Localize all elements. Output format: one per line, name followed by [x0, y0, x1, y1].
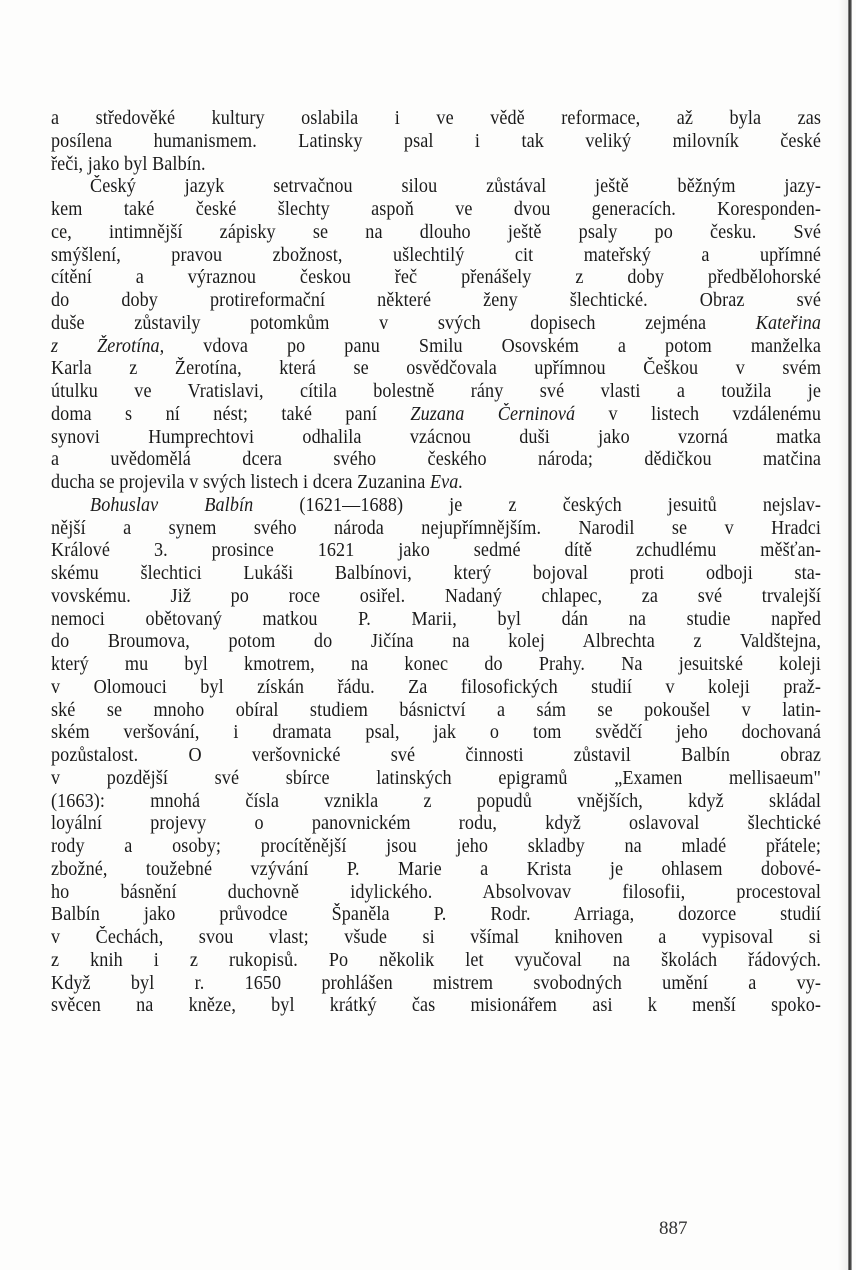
body-text: a středověké kultury oslabila i ve vědě … — [51, 108, 821, 1018]
text-line: ce, intimnější zápisky se na dlouho ješt… — [51, 222, 821, 245]
text-segment: Když byl r. 1650 prohlášen mistrem svobo… — [51, 973, 821, 994]
text-segment: v pozdější své sbírce latinských epigram… — [51, 768, 821, 789]
text-line: cítění a výraznou českou řeč přenášely z… — [51, 267, 821, 290]
italic-name: Bohuslav Balbín — [90, 495, 253, 516]
text-line: pozůstalost. O veršovnické své činnosti … — [51, 745, 821, 768]
scanned-book-page: a středověké kultury oslabila i ve vědě … — [0, 0, 856, 1270]
text-segment: ho básnění duchovně idylického. Absolvov… — [51, 882, 821, 903]
text-line: Balbín jako průvodce Španěla P. Rodr. Ar… — [51, 904, 821, 927]
text-segment: cítění a výraznou českou řeč přenášely z… — [51, 267, 821, 288]
text-segment: rody a osoby; procítěnější jsou jeho skl… — [51, 836, 821, 857]
text-line: Karla z Žerotína, která se osvědčovala u… — [51, 358, 821, 381]
text-segment: ském veršování, i dramata psal, jak o to… — [51, 722, 821, 743]
text-segment: řeči, jako byl Balbín. — [51, 154, 206, 175]
text-segment: ské se mnoho obíral studiem básnictví a … — [51, 700, 821, 721]
text-segment: svěcen na kněze, byl krátký čas misionář… — [51, 995, 821, 1016]
text-segment: nemoci obětovaný matkou P. Marii, byl dá… — [51, 609, 821, 630]
text-segment: nější a synem svého národa nejupřímnější… — [51, 518, 821, 539]
text-segment: útulku ve Vratislavi, cítila bolestně rá… — [51, 381, 821, 402]
text-line: synovi Humprechtovi odhalila vzácnou duš… — [51, 427, 821, 450]
text-segment: synovi Humprechtovi odhalila vzácnou duš… — [51, 427, 821, 448]
text-segment: v listech vzdálenému — [575, 404, 821, 425]
text-line: Když byl r. 1650 prohlášen mistrem svobo… — [51, 973, 821, 996]
italic-name: Kateřina — [756, 313, 821, 334]
binding-shadow — [838, 0, 848, 1270]
text-segment: z knih i z rukopisů. Po několik let vyuč… — [51, 950, 821, 971]
text-line: do doby protireformační některé ženy šle… — [51, 290, 821, 313]
text-segment: smýšlení, pravou zbožnost, ušlechtilý ci… — [51, 245, 821, 266]
text-segment: ducha se projevila v svých listech i dce… — [51, 472, 430, 493]
text-segment: Český jazyk setrvačnou silou zůstával je… — [90, 176, 821, 197]
text-line: útulku ve Vratislavi, cítila bolestně rá… — [51, 381, 821, 404]
page-number: 887 — [659, 1218, 688, 1240]
text-segment: Králové 3. prosince 1621 jako sedmé dítě… — [51, 540, 821, 561]
text-line: Bohuslav Balbín (1621—1688) je z českých… — [51, 495, 821, 518]
text-line: v Čechách, svou vlast; všude si všímal k… — [51, 927, 821, 950]
text-segment: do doby protireformační některé ženy šle… — [51, 290, 821, 311]
text-line: z knih i z rukopisů. Po několik let vyuč… — [51, 950, 821, 973]
text-segment: v Čechách, svou vlast; všude si všímal k… — [51, 927, 821, 948]
text-line: ském veršování, i dramata psal, jak o to… — [51, 722, 821, 745]
text-line: posílena humanismem. Latinsky psal i tak… — [51, 131, 821, 154]
text-segment: doma s ní nést; také paní — [51, 404, 410, 425]
text-line: ducha se projevila v svých listech i dce… — [51, 472, 821, 495]
text-line: ské se mnoho obíral studiem básnictví a … — [51, 700, 821, 723]
text-line: a uvědomělá dcera svého českého národa; … — [51, 449, 821, 472]
text-line: duše zůstavily potomkům v svých dopisech… — [51, 313, 821, 336]
text-segment: zbožné, toužebné vzývání P. Marie a Kris… — [51, 859, 821, 880]
text-segment: Balbín jako průvodce Španěla P. Rodr. Ar… — [51, 904, 821, 925]
text-line: loyální projevy o panovnickém rodu, když… — [51, 813, 821, 836]
text-segment: kem také české šlechty aspoň ve dvou gen… — [51, 199, 821, 220]
text-line: zbožné, toužebné vzývání P. Marie a Kris… — [51, 859, 821, 882]
text-segment: skému šlechtici Lukáši Balbínovi, který … — [51, 563, 821, 584]
text-segment: v Olomouci byl získán řádu. Za filosofic… — [51, 677, 821, 698]
text-segment: Karla z Žerotína, která se osvědčovala u… — [51, 358, 821, 379]
text-line: svěcen na kněze, byl krátký čas misionář… — [51, 995, 821, 1018]
text-line: nější a synem svého národa nejupřímnější… — [51, 518, 821, 541]
text-line: skému šlechtici Lukáši Balbínovi, který … — [51, 563, 821, 586]
italic-name: Zuzana Černinová — [410, 404, 575, 425]
text-line: v Olomouci byl získán řádu. Za filosofic… — [51, 677, 821, 700]
text-line: rody a osoby; procítěnější jsou jeho skl… — [51, 836, 821, 859]
text-segment: vdova po panu Smilu Osovském a potom man… — [164, 336, 821, 357]
text-segment: pozůstalost. O veršovnické své činnosti … — [51, 745, 821, 766]
text-segment: duše zůstavily potomkům v svých dopisech… — [51, 313, 756, 334]
text-line: doma s ní nést; také paní Zuzana Černino… — [51, 404, 821, 427]
text-segment: a středověké kultury oslabila i ve vědě … — [51, 108, 821, 129]
text-segment: vovskému. Již po roce osiřel. Nadaný chl… — [51, 586, 821, 607]
text-line: nemoci obětovaný matkou P. Marii, byl dá… — [51, 609, 821, 632]
text-line: kem také české šlechty aspoň ve dvou gen… — [51, 199, 821, 222]
text-line: z Žerotína, vdova po panu Smilu Osovském… — [51, 336, 821, 359]
text-segment: který mu byl kmotrem, na konec do Prahy.… — [51, 654, 821, 675]
text-line: vovskému. Již po roce osiřel. Nadaný chl… — [51, 586, 821, 609]
text-line: ho básnění duchovně idylického. Absolvov… — [51, 882, 821, 905]
text-line: řeči, jako byl Balbín. — [51, 154, 821, 177]
text-line: Český jazyk setrvačnou silou zůstával je… — [51, 176, 821, 199]
text-segment: loyální projevy o panovnickém rodu, když… — [51, 813, 821, 834]
text-line: (1663): mnohá čísla vznikla z popudů vně… — [51, 791, 821, 814]
text-line: Králové 3. prosince 1621 jako sedmé dítě… — [51, 540, 821, 563]
text-segment: do Broumova, potom do Jičína na kolej Al… — [51, 631, 821, 652]
text-line: smýšlení, pravou zbožnost, ušlechtilý ci… — [51, 245, 821, 268]
text-segment: (1621—1688) je z českých jesuitů nejslav… — [253, 495, 821, 516]
italic-name: Eva. — [430, 472, 463, 493]
italic-name: z Žerotína, — [51, 336, 164, 357]
text-line: do Broumova, potom do Jičína na kolej Al… — [51, 631, 821, 654]
page-binding-edge — [848, 0, 852, 1270]
text-line: a středověké kultury oslabila i ve vědě … — [51, 108, 821, 131]
text-line: v pozdější své sbírce latinských epigram… — [51, 768, 821, 791]
text-segment: a uvědomělá dcera svého českého národa; … — [51, 449, 821, 470]
text-line: který mu byl kmotrem, na konec do Prahy.… — [51, 654, 821, 677]
text-segment: (1663): mnohá čísla vznikla z popudů vně… — [51, 791, 821, 812]
text-segment: posílena humanismem. Latinsky psal i tak… — [51, 131, 821, 152]
text-segment: ce, intimnější zápisky se na dlouho ješt… — [51, 222, 821, 243]
